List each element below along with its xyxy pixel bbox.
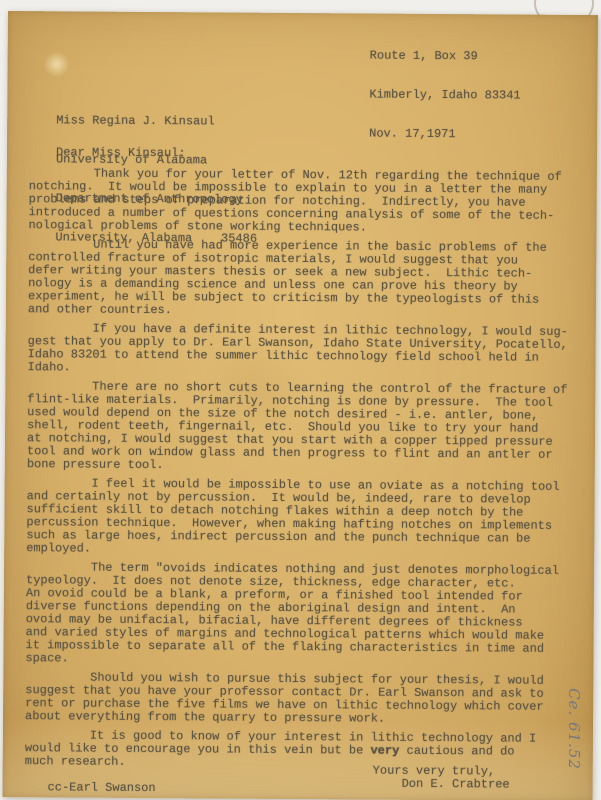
letter-paper: Route 1, Box 39 Kimberly, Idaho 83341 No… xyxy=(3,11,598,800)
margin-annotation-handwritten: Ce. 61.52 xyxy=(565,684,583,774)
paragraph: Should you wish to pursue this subject f… xyxy=(25,671,585,727)
paragraph: Until you have had more experience in th… xyxy=(28,238,589,320)
letter-date: Nov. 17,1971 xyxy=(369,128,520,142)
sender-address-block: Route 1, Box 39 Kimberly, Idaho 83341 No… xyxy=(369,24,521,168)
paragraph: The term "ovoids indicates nothing and j… xyxy=(25,561,586,669)
paper-stain xyxy=(44,51,70,77)
cc-line: cc-Earl Swanson xyxy=(48,781,156,795)
paragraph: I feel it would be impossible to use an … xyxy=(26,477,587,559)
sender-address-line: Route 1, Box 39 xyxy=(370,50,521,64)
recipient-name: Miss Regina J. Kinsaul xyxy=(56,114,258,128)
paragraph: Thank you for your letter of Nov. 12th r… xyxy=(28,167,588,236)
signature: Don E. Crabtree xyxy=(402,778,510,792)
paragraph: It is good to know of your interest in l… xyxy=(25,729,585,772)
letter-body: Thank you for your letter of Nov. 12th r… xyxy=(25,167,589,772)
sender-address-line: Kimberly, Idaho 83341 xyxy=(369,89,520,103)
paragraph: If you have a definite interest in lithi… xyxy=(27,322,587,378)
scanned-letter-page: { "page": { "background_color": "#f1efeb… xyxy=(0,0,601,800)
salutation: Dear Miss Kinsaul: xyxy=(56,146,186,160)
paragraph: There are no short cuts to learning the … xyxy=(27,380,588,475)
